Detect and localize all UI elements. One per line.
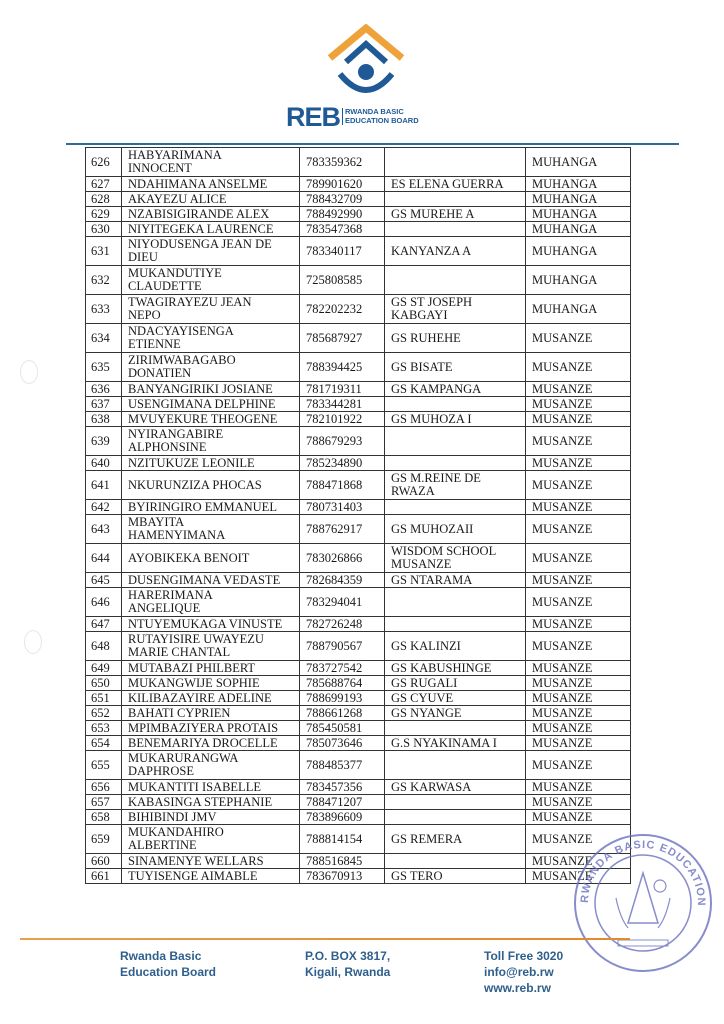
row-number: 657 <box>86 795 122 810</box>
school-name: GS RUGALI <box>385 676 526 691</box>
district-name: MUSANZE <box>526 500 631 515</box>
school-name: GS MUHOZAII <box>385 515 526 544</box>
official-stamp-icon: RWANDA BASIC EDUCATION BOARD (REB) <box>568 828 718 978</box>
table-row: 639NYIRANGABIREALPHONSINE788679293MUSANZ… <box>86 427 631 456</box>
table-row: 637USENGIMANA DELPHINE783344281MUSANZE <box>86 397 631 412</box>
row-number: 654 <box>86 736 122 751</box>
school-name: GS BISATE <box>385 353 526 382</box>
logo-wordmark: RWANDA BASIC EDUCATION BOARD <box>342 108 419 125</box>
phone-number: 785687927 <box>300 324 385 353</box>
phone-number: 788790567 <box>300 632 385 661</box>
row-number: 630 <box>86 222 122 237</box>
teacher-name: TUYISENGE AIMABLE <box>122 869 300 884</box>
row-number: 658 <box>86 810 122 825</box>
phone-number: 788432709 <box>300 192 385 207</box>
table-row: 634NDACYAYISENGAETIENNE785687927GS RUHEH… <box>86 324 631 353</box>
teacher-name: BIHIBINDI JMV <box>122 810 300 825</box>
district-name: MUSANZE <box>526 632 631 661</box>
district-name: MUSANZE <box>526 397 631 412</box>
district-name: MUHANGA <box>526 177 631 192</box>
row-number: 640 <box>86 456 122 471</box>
table-row: 656MUKANTITI ISABELLE783457356GS KARWASA… <box>86 780 631 795</box>
header-divider <box>66 143 679 145</box>
row-number: 632 <box>86 266 122 295</box>
footer-contact: Toll Free 3020 info@reb.rw www.reb.rw <box>484 948 563 996</box>
table-row: 654BENEMARIYA DROCELLE785073646G.S NYAKI… <box>86 736 631 751</box>
teacher-name: RUTAYISIRE UWAYEZUMARIE CHANTAL <box>122 632 300 661</box>
teacher-name: NZITUKUZE LEONILE <box>122 456 300 471</box>
school-name: GS RUHEHE <box>385 324 526 353</box>
school-name: GS REMERA <box>385 825 526 854</box>
school-name: GS CYUVE <box>385 691 526 706</box>
logo-abbreviation: REB <box>286 104 340 131</box>
school-name <box>385 456 526 471</box>
punch-hole-mark <box>24 630 42 654</box>
table-row: 653MPIMBAZIYERA PROTAIS785450581MUSANZE <box>86 721 631 736</box>
district-name: MUSANZE <box>526 324 631 353</box>
row-number: 641 <box>86 471 122 500</box>
table-row: 645DUSENGIMANA VEDASTE782684359GS NTARAM… <box>86 573 631 588</box>
teacher-name: MUKANGWIJE SOPHIE <box>122 676 300 691</box>
phone-number: 785450581 <box>300 721 385 736</box>
school-name: GS NYANGE <box>385 706 526 721</box>
school-name <box>385 427 526 456</box>
phone-number: 788471868 <box>300 471 385 500</box>
school-name <box>385 148 526 177</box>
table-row: 640NZITUKUZE LEONILE785234890MUSANZE <box>86 456 631 471</box>
phone-number: 783896609 <box>300 810 385 825</box>
row-number: 631 <box>86 237 122 266</box>
teacher-name: AKAYEZU ALICE <box>122 192 300 207</box>
row-number: 626 <box>86 148 122 177</box>
table-row: 659MUKANDAHIROALBERTINE788814154GS REMER… <box>86 825 631 854</box>
table-row: 642BYIRINGIRO EMMANUEL780731403MUSANZE <box>86 500 631 515</box>
district-name: MUSANZE <box>526 736 631 751</box>
row-number: 636 <box>86 382 122 397</box>
school-name: GS MUHOZA I <box>385 412 526 427</box>
school-name: G.S NYAKINAMA I <box>385 736 526 751</box>
table-row: 661TUYISENGE AIMABLE783670913GS TEROMUSA… <box>86 869 631 884</box>
teacher-name: AYOBIKEKA BENOIT <box>122 544 300 573</box>
phone-number: 788679293 <box>300 427 385 456</box>
teacher-name: KABASINGA STEPHANIE <box>122 795 300 810</box>
phone-number: 783344281 <box>300 397 385 412</box>
table-row: 660SINAMENYE WELLARS788516845MUSANZE <box>86 854 631 869</box>
teacher-name: NDAHIMANA ANSELME <box>122 177 300 192</box>
row-number: 652 <box>86 706 122 721</box>
reb-emblem-icon <box>322 24 410 104</box>
school-name <box>385 810 526 825</box>
row-number: 649 <box>86 661 122 676</box>
footer-email-link[interactable]: info@reb.rw <box>484 964 563 980</box>
teacher-name: MPIMBAZIYERA PROTAIS <box>122 721 300 736</box>
phone-number: 788394425 <box>300 353 385 382</box>
teacher-name: HARERIMANAANGELIQUE <box>122 588 300 617</box>
phone-number: 783026866 <box>300 544 385 573</box>
phone-number: 782202232 <box>300 295 385 324</box>
table-row: 643MBAYITAHAMENYIMANA788762917GS MUHOZAI… <box>86 515 631 544</box>
phone-number: 788699193 <box>300 691 385 706</box>
table-row: 627NDAHIMANA ANSELME789901620ES ELENA GU… <box>86 177 631 192</box>
phone-number: 783727542 <box>300 661 385 676</box>
phone-number: 788485377 <box>300 751 385 780</box>
row-number: 634 <box>86 324 122 353</box>
table-row: 633TWAGIRAYEZU JEANNEPO782202232GS ST JO… <box>86 295 631 324</box>
school-name <box>385 617 526 632</box>
table-row: 651KILIBAZAYIRE ADELINE788699193GS CYUVE… <box>86 691 631 706</box>
teacher-name: MUKANDAHIROALBERTINE <box>122 825 300 854</box>
footer-org-line-2: Education Board <box>120 964 216 980</box>
teacher-name: BENEMARIYA DROCELLE <box>122 736 300 751</box>
phone-number: 725808585 <box>300 266 385 295</box>
teacher-name: MVUYEKURE THEOGENE <box>122 412 300 427</box>
table-row: 631NIYODUSENGA JEAN DEDIEU783340117KANYA… <box>86 237 631 266</box>
row-number: 643 <box>86 515 122 544</box>
district-name: MUSANZE <box>526 795 631 810</box>
table-row: 648RUTAYISIRE UWAYEZUMARIE CHANTAL788790… <box>86 632 631 661</box>
school-name: GS M.REINE DERWAZA <box>385 471 526 500</box>
teacher-name: NIYODUSENGA JEAN DEDIEU <box>122 237 300 266</box>
row-number: 628 <box>86 192 122 207</box>
logo-line-2: EDUCATION BOARD <box>345 117 419 126</box>
school-name <box>385 222 526 237</box>
district-name: MUHANGA <box>526 266 631 295</box>
phone-number: 782684359 <box>300 573 385 588</box>
row-number: 655 <box>86 751 122 780</box>
school-name <box>385 266 526 295</box>
footer-address-line-1: P.O. BOX 3817, <box>305 948 390 964</box>
roster-body: 626HABYARIMANAINNOCENT783359362MUHANGA62… <box>86 148 631 884</box>
table-row: 626HABYARIMANAINNOCENT783359362MUHANGA <box>86 148 631 177</box>
school-name <box>385 500 526 515</box>
school-name <box>385 854 526 869</box>
phone-number: 782101922 <box>300 412 385 427</box>
phone-number: 789901620 <box>300 177 385 192</box>
district-name: MUHANGA <box>526 222 631 237</box>
row-number: 653 <box>86 721 122 736</box>
table-row: 647NTUYEMUKAGA VINUSTE782726248MUSANZE <box>86 617 631 632</box>
phone-number: 781719311 <box>300 382 385 397</box>
table-row: 630NIYITEGEKA LAURENCE783547368MUHANGA <box>86 222 631 237</box>
district-name: MUSANZE <box>526 780 631 795</box>
phone-number: 783359362 <box>300 148 385 177</box>
school-name: WISDOM SCHOOLMUSANZE <box>385 544 526 573</box>
row-number: 646 <box>86 588 122 617</box>
row-number: 647 <box>86 617 122 632</box>
table-row: 635ZIRIMWABAGABODONATIEN788394425GS BISA… <box>86 353 631 382</box>
row-number: 642 <box>86 500 122 515</box>
row-number: 659 <box>86 825 122 854</box>
school-name <box>385 588 526 617</box>
district-name: MUHANGA <box>526 207 631 222</box>
row-number: 637 <box>86 397 122 412</box>
footer-organization: Rwanda Basic Education Board <box>120 948 216 980</box>
svg-text:RWANDA BASIC EDUCATION BOARD (: RWANDA BASIC EDUCATION BOARD (REB) <box>568 828 707 907</box>
punch-hole-mark <box>20 360 38 384</box>
row-number: 644 <box>86 544 122 573</box>
phone-number: 788492990 <box>300 207 385 222</box>
district-name: MUSANZE <box>526 382 631 397</box>
district-name: MUSANZE <box>526 427 631 456</box>
district-name: MUHANGA <box>526 295 631 324</box>
footer-divider <box>20 938 630 940</box>
teacher-name: SINAMENYE WELLARS <box>122 854 300 869</box>
row-number: 661 <box>86 869 122 884</box>
phone-number: 783294041 <box>300 588 385 617</box>
phone-number: 783547368 <box>300 222 385 237</box>
district-name: MUSANZE <box>526 515 631 544</box>
school-name <box>385 192 526 207</box>
district-name: MUSANZE <box>526 588 631 617</box>
row-number: 627 <box>86 177 122 192</box>
school-name: GS TERO <box>385 869 526 884</box>
row-number: 648 <box>86 632 122 661</box>
row-number: 639 <box>86 427 122 456</box>
row-number: 635 <box>86 353 122 382</box>
district-name: MUSANZE <box>526 721 631 736</box>
teacher-name: TWAGIRAYEZU JEANNEPO <box>122 295 300 324</box>
teacher-name: USENGIMANA DELPHINE <box>122 397 300 412</box>
teacher-name: NTUYEMUKAGA VINUSTE <box>122 617 300 632</box>
school-name <box>385 721 526 736</box>
phone-number: 788516845 <box>300 854 385 869</box>
footer-org-line-1: Rwanda Basic <box>120 948 216 964</box>
footer-address: P.O. BOX 3817, Kigali, Rwanda <box>305 948 390 980</box>
school-name: KANYANZA A <box>385 237 526 266</box>
table-row: 636BANYANGIRIKI JOSIANE781719311GS KAMPA… <box>86 382 631 397</box>
district-name: MUSANZE <box>526 810 631 825</box>
table-row: 632MUKANDUTIYECLAUDETTE725808585MUHANGA <box>86 266 631 295</box>
school-name: GS KAMPANGA <box>385 382 526 397</box>
district-name: MUSANZE <box>526 617 631 632</box>
phone-number: 782726248 <box>300 617 385 632</box>
school-name: ES ELENA GUERRA <box>385 177 526 192</box>
table-row: 644AYOBIKEKA BENOIT783026866WISDOM SCHOO… <box>86 544 631 573</box>
school-name: GS ST JOSEPHKABGAYI <box>385 295 526 324</box>
teacher-name: KILIBAZAYIRE ADELINE <box>122 691 300 706</box>
phone-number: 788762917 <box>300 515 385 544</box>
school-name: GS KALINZI <box>385 632 526 661</box>
phone-number: 785688764 <box>300 676 385 691</box>
table-row: 649MUTABAZI PHILBERT783727542GS KABUSHIN… <box>86 661 631 676</box>
teacher-name: DUSENGIMANA VEDASTE <box>122 573 300 588</box>
teacher-name: NYIRANGABIREALPHONSINE <box>122 427 300 456</box>
teacher-roster-table: 626HABYARIMANAINNOCENT783359362MUHANGA62… <box>85 147 631 884</box>
district-name: MUSANZE <box>526 544 631 573</box>
phone-number: 788661268 <box>300 706 385 721</box>
table-row: 652BAHATI CYPRIEN788661268GS NYANGEMUSAN… <box>86 706 631 721</box>
phone-number: 783340117 <box>300 237 385 266</box>
teacher-name: NKURUNZIZA PHOCAS <box>122 471 300 500</box>
phone-number: 785073646 <box>300 736 385 751</box>
teacher-name: MUKANTITI ISABELLE <box>122 780 300 795</box>
school-name <box>385 397 526 412</box>
phone-number: 788471207 <box>300 795 385 810</box>
teacher-name: HABYARIMANAINNOCENT <box>122 148 300 177</box>
teacher-name: BAHATI CYPRIEN <box>122 706 300 721</box>
reb-logo: REB RWANDA BASIC EDUCATION BOARD <box>286 24 446 134</box>
school-name: GS KARWASA <box>385 780 526 795</box>
school-name: GS NTARAMA <box>385 573 526 588</box>
district-name: MUSANZE <box>526 471 631 500</box>
row-number: 656 <box>86 780 122 795</box>
row-number: 651 <box>86 691 122 706</box>
teacher-name: MUTABAZI PHILBERT <box>122 661 300 676</box>
district-name: MUSANZE <box>526 691 631 706</box>
school-name: GS KABUSHINGE <box>385 661 526 676</box>
district-name: MUSANZE <box>526 573 631 588</box>
district-name: MUHANGA <box>526 237 631 266</box>
teacher-name: NZABISIGIRANDE ALEX <box>122 207 300 222</box>
row-number: 660 <box>86 854 122 869</box>
phone-number: 780731403 <box>300 500 385 515</box>
phone-number: 785234890 <box>300 456 385 471</box>
district-name: MUSANZE <box>526 751 631 780</box>
table-row: 638MVUYEKURE THEOGENE782101922GS MUHOZA … <box>86 412 631 427</box>
footer-website-link[interactable]: www.reb.rw <box>484 980 563 996</box>
teacher-name: NDACYAYISENGAETIENNE <box>122 324 300 353</box>
table-row: 658BIHIBINDI JMV783896609MUSANZE <box>86 810 631 825</box>
district-name: MUSANZE <box>526 661 631 676</box>
teacher-name: MUKANDUTIYECLAUDETTE <box>122 266 300 295</box>
footer-address-line-2: Kigali, Rwanda <box>305 964 390 980</box>
table-row: 641NKURUNZIZA PHOCAS788471868GS M.REINE … <box>86 471 631 500</box>
district-name: MUSANZE <box>526 412 631 427</box>
teacher-name: ZIRIMWABAGABODONATIEN <box>122 353 300 382</box>
district-name: MUSANZE <box>526 456 631 471</box>
district-name: MUSANZE <box>526 676 631 691</box>
row-number: 650 <box>86 676 122 691</box>
row-number: 638 <box>86 412 122 427</box>
teacher-name: MBAYITAHAMENYIMANA <box>122 515 300 544</box>
district-name: MUSANZE <box>526 353 631 382</box>
teacher-name: BYIRINGIRO EMMANUEL <box>122 500 300 515</box>
row-number: 629 <box>86 207 122 222</box>
table-row: 657KABASINGA STEPHANIE788471207MUSANZE <box>86 795 631 810</box>
district-name: MUHANGA <box>526 192 631 207</box>
phone-number: 783457356 <box>300 780 385 795</box>
table-row: 655MUKARURANGWADAPHROSE788485377MUSANZE <box>86 751 631 780</box>
teacher-name: BANYANGIRIKI JOSIANE <box>122 382 300 397</box>
school-name: GS MUREHE A <box>385 207 526 222</box>
row-number: 645 <box>86 573 122 588</box>
district-name: MUSANZE <box>526 706 631 721</box>
school-name <box>385 751 526 780</box>
phone-number: 788814154 <box>300 825 385 854</box>
table-row: 629NZABISIGIRANDE ALEX788492990GS MUREHE… <box>86 207 631 222</box>
school-name <box>385 795 526 810</box>
teacher-name: NIYITEGEKA LAURENCE <box>122 222 300 237</box>
row-number: 633 <box>86 295 122 324</box>
footer-toll-free: Toll Free 3020 <box>484 948 563 964</box>
district-name: MUHANGA <box>526 148 631 177</box>
table-row: 628AKAYEZU ALICE788432709MUHANGA <box>86 192 631 207</box>
phone-number: 783670913 <box>300 869 385 884</box>
teacher-name: MUKARURANGWADAPHROSE <box>122 751 300 780</box>
table-row: 650MUKANGWIJE SOPHIE785688764GS RUGALIMU… <box>86 676 631 691</box>
table-row: 646HARERIMANAANGELIQUE783294041MUSANZE <box>86 588 631 617</box>
